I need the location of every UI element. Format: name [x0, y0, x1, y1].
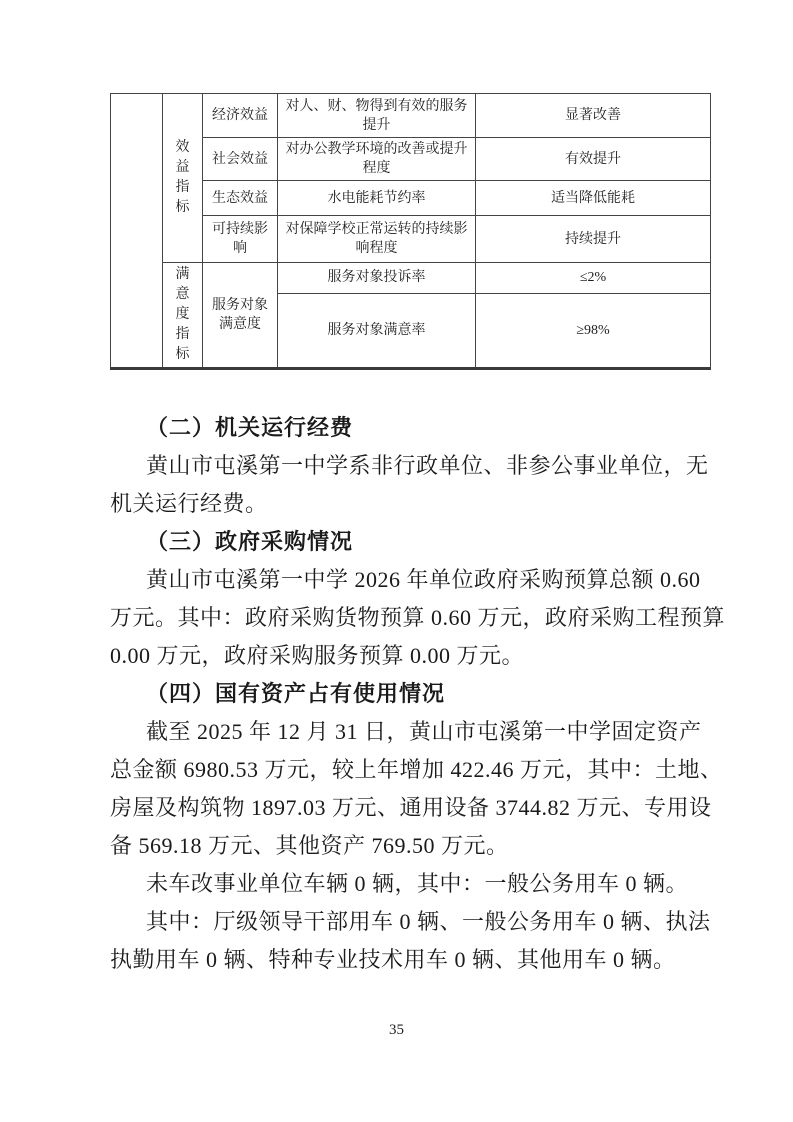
table-cell-value: 适当降低能耗 — [476, 181, 711, 216]
section-heading-3: （三）政府采购情况 — [110, 523, 750, 561]
page-number: 35 — [0, 1022, 793, 1039]
paragraph-line: 万元。其中：政府采购货物预算 0.60 万元，政府采购工程预算 — [110, 599, 750, 637]
benefit-group-label: 效益指标 — [175, 138, 190, 218]
table-cell-indicator: 服务对象满意率 — [278, 293, 476, 368]
table-cell-satisfaction-group: 满意度指标 — [163, 263, 203, 369]
section-heading-2: （二）机关运行经费 — [110, 409, 750, 447]
table-cell-category: 可持续影响 — [203, 216, 278, 263]
table-cell-category: 经济效益 — [203, 94, 278, 138]
table-row: 满意度指标 服务对象满意度 服务对象投诉率 ≤2% — [111, 263, 711, 294]
table-cell-category: 服务对象满意度 — [203, 263, 278, 369]
table-cell-value: 显著改善 — [476, 94, 711, 138]
table-row: 效益指标 经济效益 对人、财、物得到有效的服务提升 显著改善 — [111, 94, 711, 138]
paragraph-line: 备 569.18 万元、其他资产 769.50 万元。 — [110, 827, 750, 865]
table-cell-value: 有效提升 — [476, 138, 711, 181]
table-cell-indicator: 对人、财、物得到有效的服务提升 — [278, 94, 476, 138]
paragraph-line: 执勤用车 0 辆、特种专业技术用车 0 辆、其他用车 0 辆。 — [110, 941, 750, 979]
performance-indicator-table: 效益指标 经济效益 对人、财、物得到有效的服务提升 显著改善 社会效益 对办公教… — [110, 93, 711, 370]
document-page: 效益指标 经济效益 对人、财、物得到有效的服务提升 显著改善 社会效益 对办公教… — [0, 0, 793, 1122]
table-cell-value: ≤2% — [476, 263, 711, 294]
paragraph-line: 其中：厅级领导干部用车 0 辆、一般公务用车 0 辆、执法 — [110, 903, 750, 941]
section-heading-4: （四）国有资产占有使用情况 — [110, 675, 750, 713]
paragraph-line: 总金额 6980.53 万元，较上年增加 422.46 万元，其中：土地、 — [110, 751, 750, 789]
paragraph-line: 截至 2025 年 12 月 31 日，黄山市屯溪第一中学固定资产 — [110, 713, 750, 751]
body-text: （二）机关运行经费 黄山市屯溪第一中学系非行政单位、非参公事业单位，无 机关运行… — [110, 409, 750, 979]
satisfaction-group-label: 满意度指标 — [175, 265, 190, 365]
table-cell-category: 社会效益 — [203, 138, 278, 181]
table-cell-value: 持续提升 — [476, 216, 711, 263]
paragraph-line: 房屋及构筑物 1897.03 万元、通用设备 3744.82 万元、专用设 — [110, 789, 750, 827]
table-cell-indicator: 服务对象投诉率 — [278, 263, 476, 294]
paragraph-line: 机关运行经费。 — [110, 485, 750, 523]
table-cell-category: 生态效益 — [203, 181, 278, 216]
paragraph-line: 0.00 万元，政府采购服务预算 0.00 万元。 — [110, 637, 750, 675]
table-cell-indicator: 对办公教学环境的改善或提升程度 — [278, 138, 476, 181]
table-cell-indicator: 对保障学校正常运转的持续影响程度 — [278, 216, 476, 263]
table-cell-blank — [111, 94, 163, 369]
paragraph-line: 黄山市屯溪第一中学系非行政单位、非参公事业单位，无 — [110, 447, 750, 485]
table-cell-indicator: 水电能耗节约率 — [278, 181, 476, 216]
paragraph-line: 未车改事业单位车辆 0 辆，其中：一般公务用车 0 辆。 — [110, 865, 750, 903]
paragraph-line: 黄山市屯溪第一中学 2026 年单位政府采购预算总额 0.60 — [110, 561, 750, 599]
table-cell-value: ≥98% — [476, 293, 711, 368]
table-cell-benefit-group: 效益指标 — [163, 94, 203, 263]
